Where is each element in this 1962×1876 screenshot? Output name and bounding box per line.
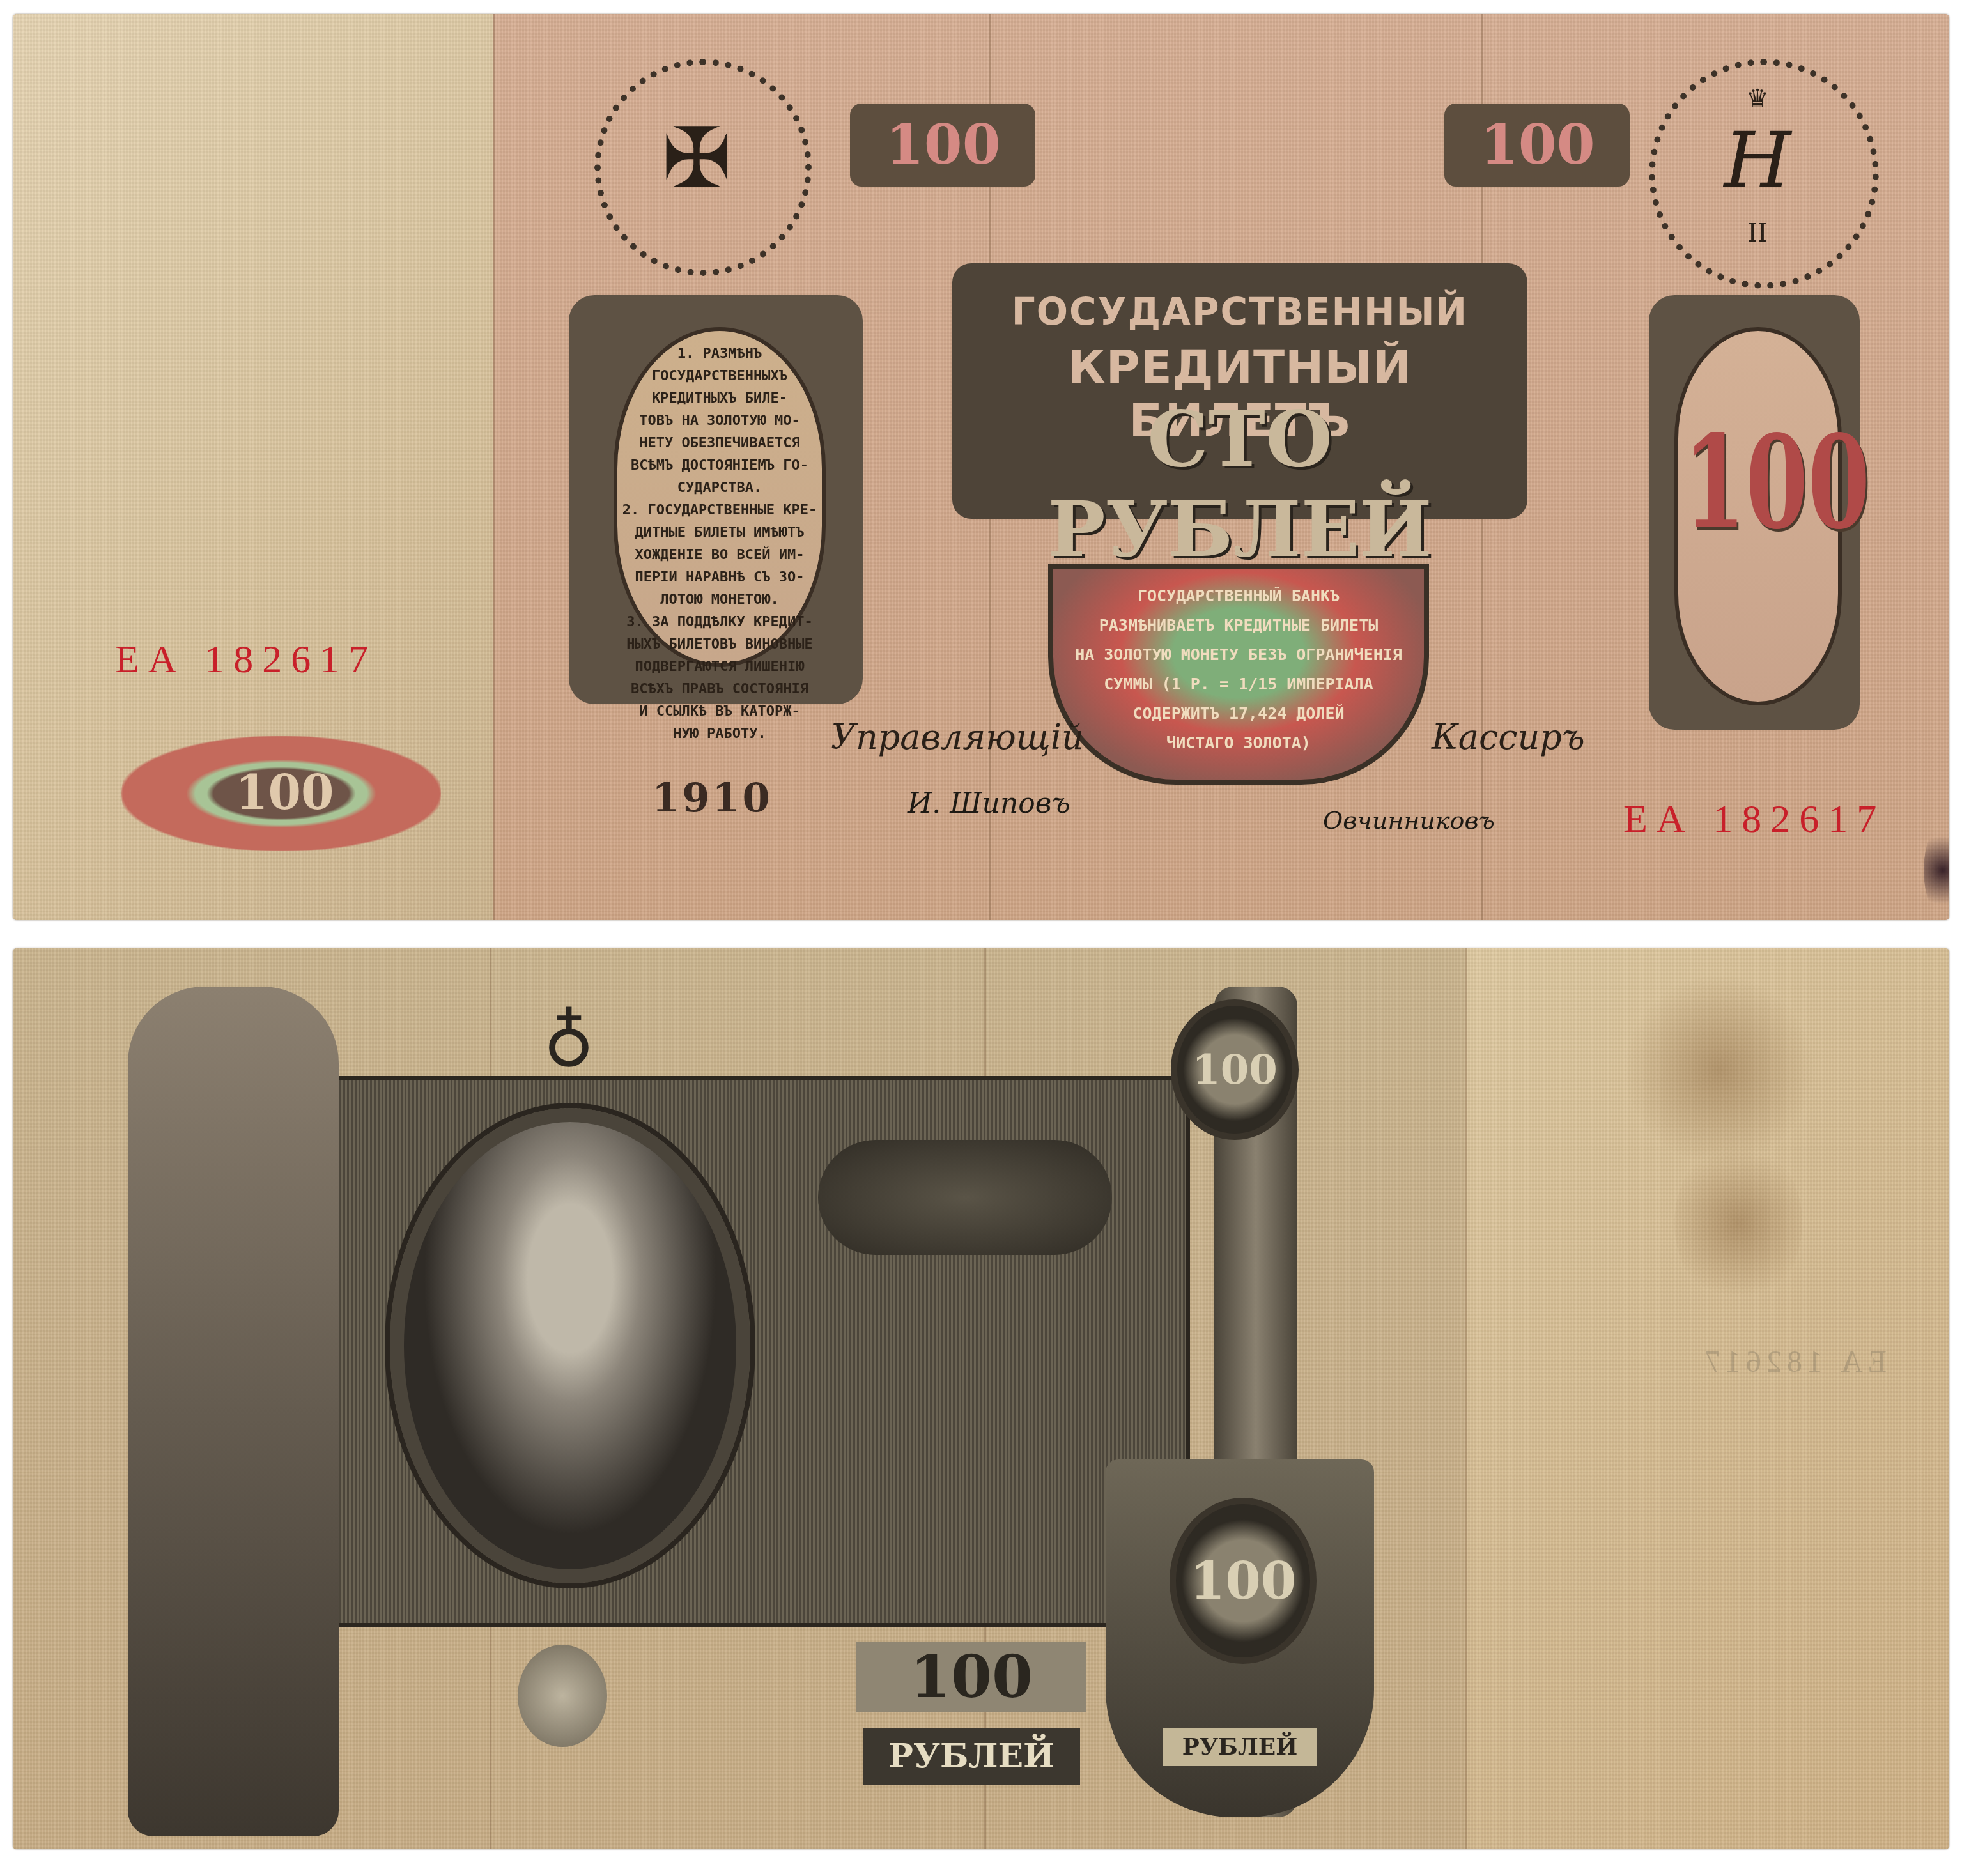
band-denomination: 100 (856, 1642, 1086, 1712)
medallion-top: 100 (1171, 999, 1299, 1140)
left-text-panel: 1. РАЗМѢНЪ ГОСУДАРСТВЕННЫХЪ КРЕДИТНЫХЪ Б… (614, 327, 826, 667)
margin-denomination: 100 (235, 765, 334, 820)
allegorical-figure (128, 987, 339, 1836)
issue-year: 1910 (652, 774, 773, 821)
mask-ornament (518, 1645, 607, 1747)
signature-label-cashier: Кассиръ (1432, 717, 1585, 757)
fold-line (493, 14, 495, 920)
corner-denomination-left: 100 (886, 112, 1001, 177)
center-shield: ГОСУДАРСТВЕННЫЙ БАНКЪ РАЗМѢНИВАЕТЪ КРЕДИ… (1048, 564, 1429, 785)
corner-denomination-right: 100 (1480, 112, 1595, 177)
monogram-numeral: II (1732, 219, 1783, 248)
fold-line (1465, 948, 1467, 1849)
medallion-top-denomination: 100 (1192, 1046, 1278, 1094)
margin-denomination-cartouche: 100 (121, 736, 441, 851)
corner-cartouche-right: 100 (1444, 104, 1630, 187)
banknote-front: ЕА 182617 100 ✠ ♛ Н II 100 100 1. РАЗМѢН… (13, 14, 1949, 920)
stain (1674, 1140, 1802, 1306)
left-panel-text: 1. РАЗМѢНЪ ГОСУДАРСТВЕННЫХЪ КРЕДИТНЫХЪ Б… (617, 331, 822, 745)
medallion-bottom-label: РУБЛЕЙ (1163, 1728, 1317, 1766)
mirrored-serial-bleed: ЕА 182617 (1700, 1344, 1887, 1380)
double-headed-eagle-icon: ✠ (645, 110, 748, 206)
signature-manager: И. Шиповъ (908, 787, 1070, 820)
center-shield-text: ГОСУДАРСТВЕННЫЙ БАНКЪ РАЗМѢНИВАЕТЪ КРЕДИ… (1053, 569, 1424, 758)
fruit-garland (818, 1140, 1112, 1255)
medallion-bottom-denomination: 100 (1190, 1551, 1297, 1611)
imperial-monogram: Н (1706, 116, 1809, 205)
title-line-3: СТО РУБЛЕЙ (952, 394, 1527, 574)
portrait-catherine-ii (390, 1108, 750, 1583)
right-denomination-panel: 100 (1674, 327, 1842, 705)
signature-cashier: Овчинниковъ (1323, 806, 1495, 834)
band-label: РУБЛЕЙ (863, 1728, 1080, 1785)
stain (1623, 974, 1815, 1165)
title-field: ГОСУДАРСТВЕННЫЙ КРЕДИТНЫЙ БИЛЕТЪ СТО РУБ… (952, 263, 1527, 519)
serial-number-right: ЕА 182617 (1623, 797, 1885, 842)
medallion-bottom: 100 (1170, 1498, 1317, 1664)
crown-icon: ♛ (1713, 84, 1802, 114)
serial-number-left: ЕА 182617 (115, 637, 377, 682)
large-side-denomination: 100 (1683, 408, 1870, 558)
imperial-orb-icon: ♁ (530, 993, 607, 1075)
corner-cartouche-left: 100 (850, 104, 1035, 187)
title-line-1: ГОСУДАРСТВЕННЫЙ (952, 290, 1527, 334)
banknote-back: ЕА 182617 ♁ 100 РУБЛЕЙ 100 100 РУБЛЕЙ (13, 948, 1949, 1849)
signature-label-manager: Управляющій (831, 717, 1084, 757)
